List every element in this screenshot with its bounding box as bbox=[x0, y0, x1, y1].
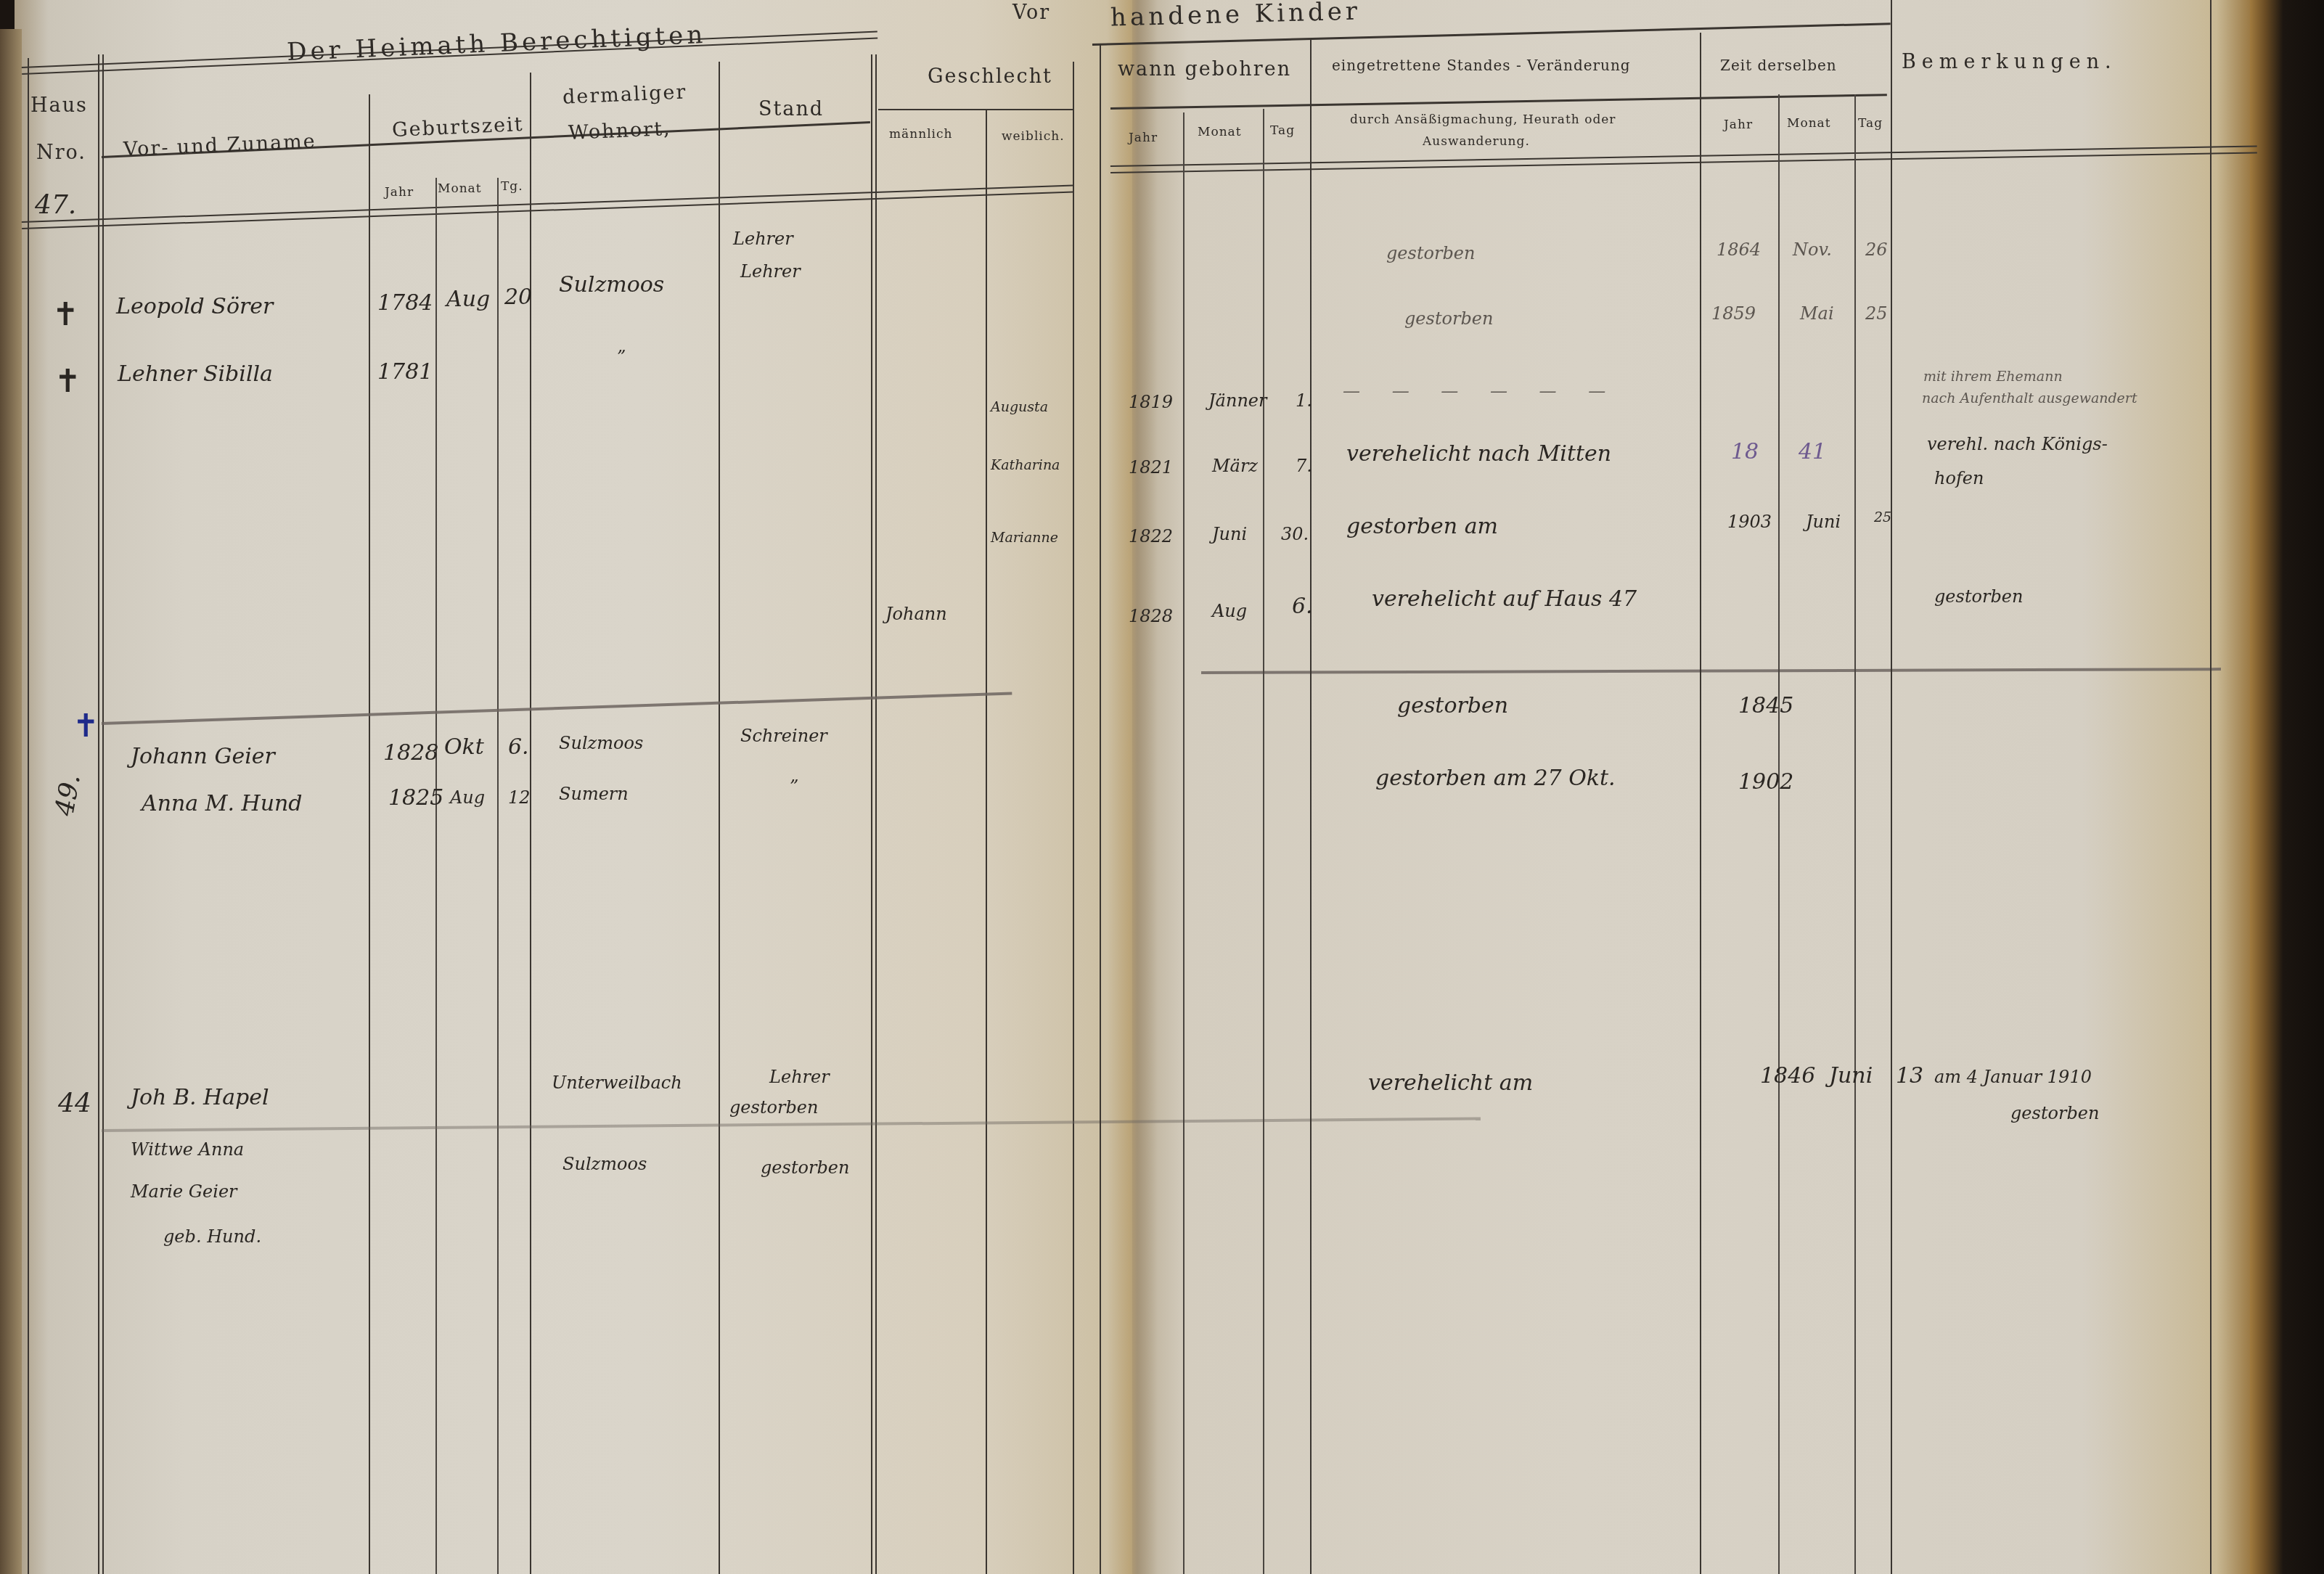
row-5-veraenderung: verehelicht auf Haus 47 bbox=[1372, 586, 1637, 612]
entry-5-stand-2: gestorben bbox=[729, 1097, 818, 1118]
entry-5-name-line-2: Wittwe Anna bbox=[131, 1139, 244, 1160]
row-2-monat: Jänner bbox=[1208, 390, 1267, 411]
entry-5-stand-1: Lehrer bbox=[769, 1067, 830, 1087]
row-0-zeit-tag: 26 bbox=[1865, 239, 1888, 260]
entry-4-name: Anna M. Hund bbox=[142, 791, 303, 816]
row-1-veraenderung: gestorben bbox=[1404, 308, 1493, 329]
header-zeit-derselben: Zeit derselben bbox=[1720, 57, 1837, 74]
entry-1-stand-1: Lehrer bbox=[733, 229, 793, 249]
col-border-stand-2 bbox=[875, 54, 877, 1574]
header-standes-veraenderung: eingetrettene Standes - Veränderung bbox=[1332, 57, 1631, 74]
col-border-kind-left bbox=[1100, 44, 1101, 1574]
deceased-cross-icon: ✝ bbox=[52, 296, 79, 333]
row-8-zeit-jahr: 1846 bbox=[1760, 1063, 1815, 1089]
deceased-cross-blue-icon: ✝ bbox=[73, 708, 99, 745]
house-number-47: 47. bbox=[35, 190, 76, 220]
entry-2-jahr: 1781 bbox=[377, 359, 433, 385]
row-7-veraenderung: gestorben am 27 Okt. bbox=[1375, 766, 1616, 791]
row-3-bemerkung-2: hofen bbox=[1934, 468, 1984, 488]
entry-5-name-line-1: Joh B. Hapel bbox=[131, 1085, 269, 1110]
row-0-zeit-jahr: 1864 bbox=[1717, 239, 1761, 260]
row-8-veraenderung: verehelicht am bbox=[1368, 1070, 1533, 1096]
header-veraenderung-sub-2: Auswanderung. bbox=[1423, 134, 1530, 149]
entry-3-jahr: 1828 bbox=[383, 740, 438, 766]
row-2-bemerkung-1: mit ihrem Ehemann bbox=[1923, 369, 2063, 385]
row-1-zeit-jahr: 1859 bbox=[1711, 303, 1756, 324]
col-border-zeit-jahr bbox=[1778, 94, 1780, 1574]
col-border-name bbox=[369, 94, 370, 1574]
entry-3-monat: Okt bbox=[444, 734, 484, 760]
row-2-jahr: 1819 bbox=[1129, 392, 1173, 412]
row-4-zeit-tag: 25 bbox=[1874, 509, 1891, 525]
row-2-bemerkung-2: nach Aufenthalt ausgewandert bbox=[1922, 390, 2137, 406]
child-male-1: Johann bbox=[885, 604, 947, 624]
header-haus: Haus bbox=[30, 94, 88, 117]
row-0-veraenderung: gestorben bbox=[1386, 243, 1475, 263]
header-kind-tag: Tag bbox=[1270, 123, 1295, 138]
col-border-weiblich bbox=[1073, 62, 1074, 1574]
row-8-zeit-monat: Juni bbox=[1829, 1063, 1873, 1089]
row-4-zeit-jahr: 1903 bbox=[1727, 512, 1772, 532]
row-1-zeit-tag: 25 bbox=[1865, 303, 1888, 324]
row-5-monat: Aug bbox=[1212, 601, 1247, 621]
col-border-kind-monat bbox=[1263, 109, 1264, 1574]
header-weiblich: weiblich. bbox=[1002, 129, 1065, 144]
row-1-zeit-monat: Mai bbox=[1800, 303, 1834, 324]
entry-5-stand-3: gestorben bbox=[761, 1157, 849, 1178]
row-6-zeit-jahr: 1845 bbox=[1738, 693, 1793, 718]
entry-4-stand-ditto: ” bbox=[790, 776, 798, 797]
deceased-cross-icon: ✝ bbox=[54, 363, 81, 400]
col-border-stand bbox=[871, 54, 872, 1574]
row-4-jahr: 1822 bbox=[1129, 526, 1173, 546]
entry-3-name: Johann Geier bbox=[131, 744, 275, 769]
col-border-veraenderung bbox=[1700, 33, 1701, 1574]
entry-2-wohnort-ditto: ” bbox=[617, 347, 626, 367]
header-geschlecht: Geschlecht bbox=[928, 65, 1052, 88]
row-4-tag: 30. bbox=[1281, 524, 1309, 544]
entry-5-name-line-3: Marie Geier bbox=[131, 1181, 237, 1202]
entry-1-monat: Aug bbox=[446, 287, 490, 312]
col-border-haus-2 bbox=[102, 54, 104, 1574]
col-border-monat bbox=[497, 178, 499, 1574]
header-zeit-jahr: Jahr bbox=[1724, 118, 1753, 132]
entry-1-jahr: 1784 bbox=[377, 290, 433, 316]
entry-4-jahr: 1825 bbox=[388, 785, 443, 811]
entry-4-monat: Aug bbox=[450, 787, 485, 808]
child-female-1: Augusta bbox=[991, 399, 1048, 415]
header-maennlich: männlich bbox=[889, 127, 953, 142]
entry-1-wohnort: Sulzmoos bbox=[559, 272, 664, 298]
row-8-bemerkung-1: am 4 Januar 1910 bbox=[1934, 1067, 2092, 1087]
col-border-haus bbox=[98, 54, 99, 1574]
child-female-2: Katharina bbox=[991, 457, 1060, 473]
col-border-bemerkungen bbox=[2210, 0, 2212, 1574]
row-3-monat: März bbox=[1212, 456, 1258, 476]
header-wann-gebohren: wann gebohren bbox=[1118, 58, 1291, 81]
entry-3-wohnort: Sulzmoos bbox=[559, 733, 643, 753]
header-kind-monat: Monat bbox=[1198, 125, 1242, 139]
row-2-tag: 1. bbox=[1296, 390, 1312, 411]
entry-2-name: Lehner Sibilla bbox=[118, 361, 273, 387]
col-border-wohnort bbox=[719, 62, 720, 1574]
row-4-monat: Juni bbox=[1212, 524, 1247, 544]
book-right-edge bbox=[2250, 0, 2324, 1574]
header-zeit-tag: Tag bbox=[1858, 116, 1883, 131]
book-gutter bbox=[1107, 0, 1158, 1574]
row-3-zeit-monat: 41 bbox=[1799, 439, 1826, 464]
row-3-bemerkung-1: verehl. nach Königs- bbox=[1927, 434, 2108, 454]
row-4-zeit-monat: Juni bbox=[1806, 512, 1841, 532]
header-zeit-monat: Monat bbox=[1787, 116, 1831, 131]
row-8-zeit-tag: 13 bbox=[1896, 1063, 1923, 1089]
child-female-3: Marianne bbox=[991, 530, 1058, 546]
col-border-outer bbox=[28, 58, 29, 1574]
entry-1-stand-2: Lehrer bbox=[740, 261, 801, 282]
row-8-bemerkung-2: gestorben bbox=[2010, 1103, 2099, 1123]
book-left-edge bbox=[0, 29, 22, 1574]
header-kind-jahr: Jahr bbox=[1129, 131, 1158, 145]
header-geburt-jahr: Jahr bbox=[385, 185, 414, 200]
entry-1-name: Leopold Sörer bbox=[116, 294, 273, 319]
geschlecht-sub-rule bbox=[878, 109, 1073, 110]
row-0-zeit-monat: Nov. bbox=[1793, 239, 1832, 260]
col-border-maennlich bbox=[986, 109, 987, 1574]
entry-4-wohnort: Sumern bbox=[559, 784, 629, 804]
ledger-spread: Haus Nro. Der Heimath Berechtigten Vor- … bbox=[0, 0, 2324, 1574]
row-6-veraenderung: gestorben bbox=[1397, 693, 1508, 718]
row-7-zeit-jahr: 1902 bbox=[1738, 769, 1793, 795]
entry-1-tag: 20 bbox=[504, 284, 532, 310]
row-3-zeit-jahr: 18 bbox=[1731, 439, 1759, 464]
header-stand: Stand bbox=[758, 98, 824, 120]
entry-5-wohnort-2: Sulzmoos bbox=[562, 1154, 647, 1174]
row-3-tag: 7. bbox=[1296, 456, 1312, 476]
col-border-zeit-tag bbox=[1891, 0, 1892, 1574]
col-border-kind-jahr bbox=[1183, 112, 1184, 1574]
entry-3-tag: 6. bbox=[508, 734, 529, 760]
header-wohnort: Wohnort, bbox=[568, 118, 671, 144]
entry-4-tag: 12 bbox=[508, 787, 531, 808]
row-3-jahr: 1821 bbox=[1129, 457, 1173, 477]
row-5-bemerkung: gestorben bbox=[1934, 586, 2023, 607]
row-4-veraenderung: gestorben am bbox=[1346, 514, 1498, 539]
header-vor-fragment: Vor bbox=[1012, 1, 1050, 24]
col-border-zeit-monat bbox=[1854, 94, 1856, 1574]
row-5-jahr: 1828 bbox=[1129, 606, 1173, 626]
entry-3-stand: Schreiner bbox=[740, 726, 827, 746]
col-border-kind-tag bbox=[1310, 40, 1312, 1574]
entry-5-wohnort-1: Unterweilbach bbox=[552, 1073, 682, 1093]
header-bemerkungen: Bemerkungen. bbox=[1902, 51, 2117, 73]
entry-5-name-line-4: geb. Hund. bbox=[163, 1226, 261, 1247]
header-veraenderung-sub-1: durch Ansäßigmachung, Heurath oder bbox=[1350, 112, 1616, 127]
house-number-44: 44 bbox=[58, 1089, 91, 1118]
row-3-veraenderung: verehelicht nach Mitten bbox=[1346, 441, 1611, 467]
header-nro: Nro. bbox=[36, 142, 86, 164]
col-border-jahr bbox=[435, 178, 437, 1574]
right-page bbox=[1132, 0, 2250, 1574]
header-geburt-tag: Tg. bbox=[501, 179, 523, 194]
row-5-tag: 6. bbox=[1292, 594, 1313, 619]
row-2-veraenderung-dashes: — — — — — — bbox=[1343, 381, 1619, 401]
header-geburt-monat: Monat bbox=[438, 181, 482, 196]
